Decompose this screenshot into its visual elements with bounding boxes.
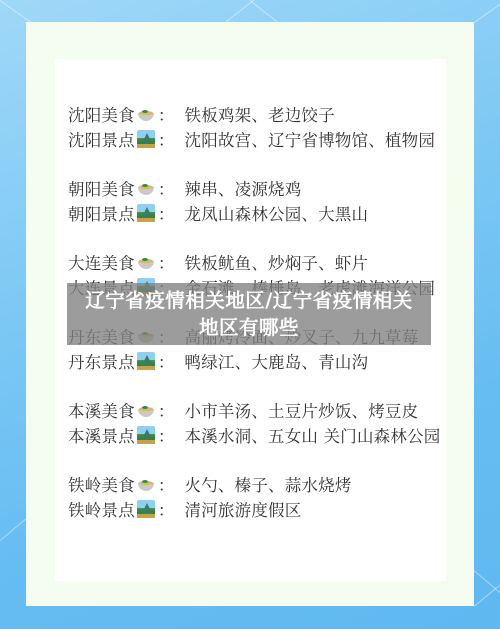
scenery-label: 朝阳景点 — [68, 201, 135, 225]
city-group-tieling: 铁岭美食 ： 火勺、榛子、蒜水烧烤 铁岭景点 ： 清河旅游度假区 — [68, 471, 440, 521]
scenery-items: 沈阳故宫、辽宁省博物馆、植物园 — [185, 127, 436, 151]
scenery-row: 丹东景点 ： 鸭绿江、大鹿岛、青山沟 — [68, 348, 440, 373]
steaming-bowl-icon — [137, 179, 155, 197]
scenery-label: 本溪景点 — [68, 423, 135, 447]
food-items: 小市羊汤、土豆片炒饭、烤豆皮 — [185, 398, 419, 422]
background-decoration-line — [0, 0, 33, 24]
background-decoration-line — [474, 583, 500, 607]
colon: ： — [158, 349, 175, 373]
colon: ： — [158, 398, 175, 422]
colon: ： — [158, 201, 175, 225]
food-row: 朝阳美食 ： 辣串、凌源烧鸡 — [68, 175, 440, 200]
scenery-items: 鸭绿江、大鹿岛、青山沟 — [185, 349, 369, 373]
food-label: 沈阳美食 — [68, 102, 135, 126]
steaming-bowl-icon — [137, 253, 155, 271]
food-label: 大连美食 — [68, 250, 135, 274]
steaming-bowl-icon — [137, 401, 155, 419]
landscape-icon — [137, 130, 155, 148]
scenery-row: 本溪景点 ： 本溪水洞、五女山 关门山森林公园 — [68, 422, 440, 447]
colon: ： — [158, 423, 175, 447]
colon: ： — [158, 176, 175, 200]
scenery-items: 龙凤山森林公园、大黑山 — [185, 201, 369, 225]
colon: ： — [158, 127, 175, 151]
background-decoration-line — [474, 0, 500, 23]
landscape-icon — [137, 426, 155, 444]
steaming-bowl-icon — [137, 105, 155, 123]
background-decoration-line — [225, 0, 254, 23]
food-label: 本溪美食 — [68, 398, 135, 422]
food-items: 铁板鱿鱼、炒焖子、虾片 — [185, 250, 369, 274]
scenery-label: 沈阳景点 — [68, 127, 135, 151]
colon: ： — [158, 472, 175, 496]
city-group-chaoyang: 朝阳美食 ： 辣串、凌源烧鸡 朝阳景点 ： 龙凤山森林公园、大黑山 — [68, 175, 440, 225]
food-label: 铁岭美食 — [68, 472, 135, 496]
food-items: 火勺、榛子、蒜水烧烤 — [185, 472, 352, 496]
food-label: 朝阳美食 — [68, 176, 135, 200]
food-row: 铁岭美食 ： 火勺、榛子、蒜水烧烤 — [68, 471, 440, 496]
background-decoration-line — [473, 570, 500, 594]
background-decoration-line — [0, 517, 28, 541]
city-group-shenyang: 沈阳美食 ： 铁板鸡架、老边饺子 沈阳景点 ： 沈阳故宫、辽宁省博物馆、植物园 — [68, 101, 440, 151]
overlay-title: 辽宁省疫情相关地区/辽宁省疫情相关地区有哪些 — [79, 287, 419, 341]
colon: ： — [158, 250, 175, 274]
scenery-row: 铁岭景点 ： 清河旅游度假区 — [68, 496, 440, 521]
background-decoration-line — [249, 0, 278, 23]
landscape-icon — [137, 352, 155, 370]
food-items: 铁板鸡架、老边饺子 — [185, 102, 335, 126]
food-items: 辣串、凌源烧鸡 — [185, 176, 302, 200]
scenery-row: 朝阳景点 ： 龙凤山森林公园、大黑山 — [68, 200, 440, 225]
landscape-icon — [137, 500, 155, 518]
scenery-row: 沈阳景点 ： 沈阳故宫、辽宁省博物馆、植物园 — [68, 126, 440, 151]
food-row: 本溪美食 ： 小市羊汤、土豆片炒饭、烤豆皮 — [68, 397, 440, 422]
food-row: 大连美食 ： 铁板鱿鱼、炒焖子、虾片 — [68, 249, 440, 274]
scenery-label: 铁岭景点 — [68, 497, 135, 521]
steaming-bowl-icon — [137, 475, 155, 493]
scenery-label: 丹东景点 — [68, 349, 135, 373]
city-group-benxi: 本溪美食 ： 小市羊汤、土豆片炒饭、烤豆皮 本溪景点 ： 本溪水洞、五女山 关门… — [68, 397, 440, 447]
title-overlay-banner: 辽宁省疫情相关地区/辽宁省疫情相关地区有哪些 — [67, 283, 431, 345]
scenery-items: 清河旅游度假区 — [185, 497, 302, 521]
colon: ： — [158, 497, 175, 521]
food-row: 沈阳美食 ： 铁板鸡架、老边饺子 — [68, 101, 440, 126]
scenery-items: 本溪水洞、五女山 关门山森林公园 — [185, 423, 441, 447]
landscape-icon — [137, 204, 155, 222]
colon: ： — [158, 102, 175, 126]
